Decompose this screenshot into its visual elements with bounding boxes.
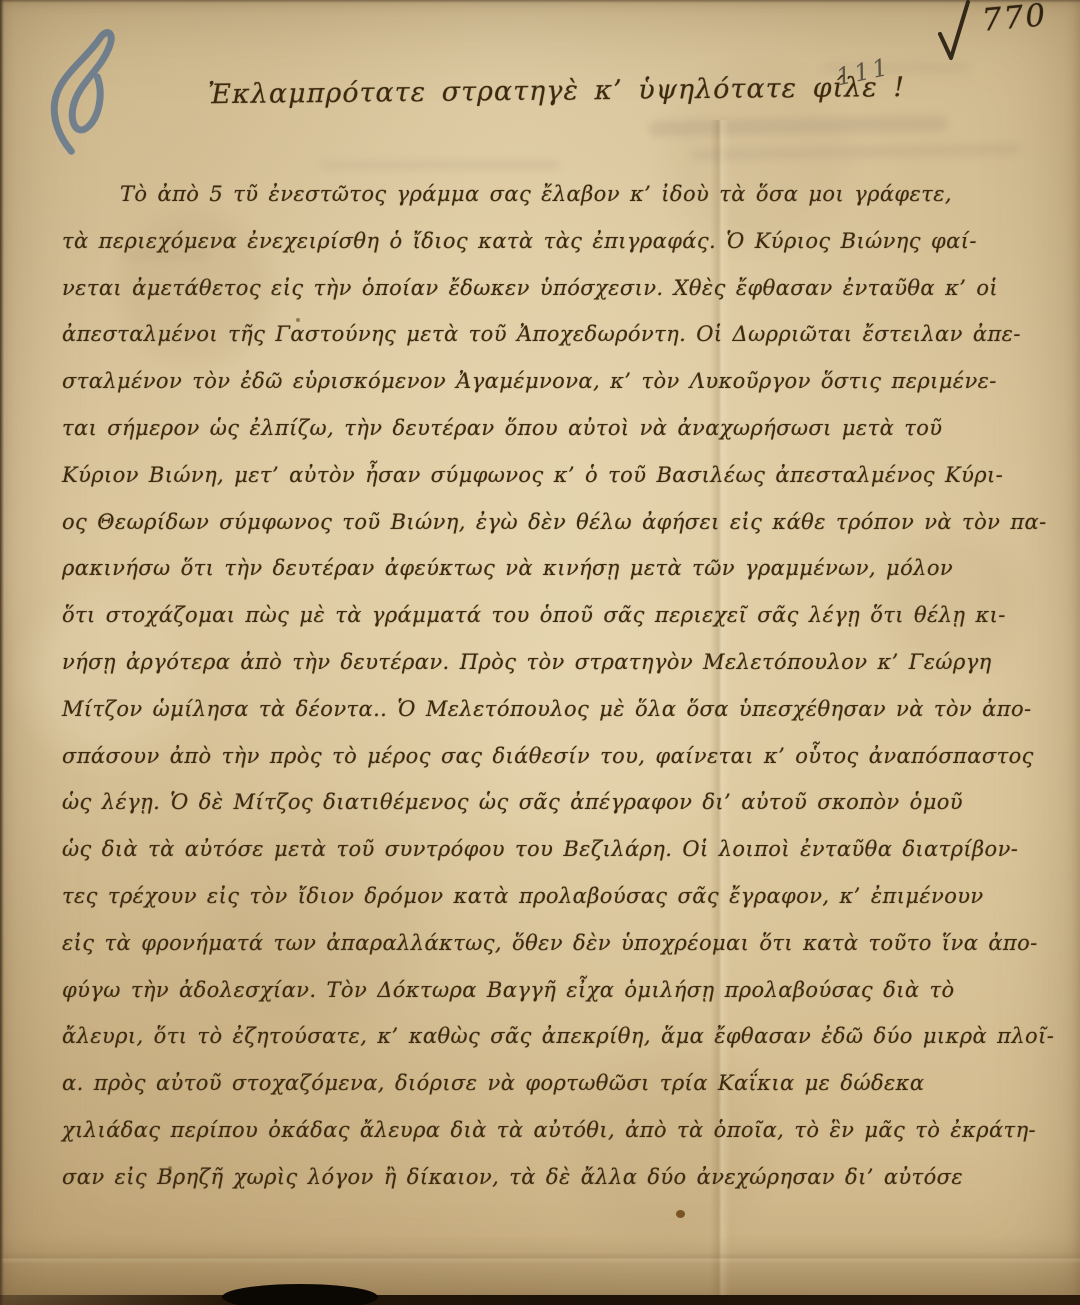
blue-pencil-flourish-icon [37, 24, 145, 169]
page-edge-bottom [0, 1295, 1080, 1305]
page-edge-top [0, 0, 1080, 3]
archive-number: 770 [981, 0, 1049, 39]
showthrough-smudge [648, 115, 948, 136]
manuscript-line: ος Θεωρίδων σύμφωνος τοῦ Βιώνη, ἐγὼ δὲν … [62, 510, 1057, 557]
ink-stain [676, 1210, 685, 1218]
manuscript-line: ἀπεσταλμένοι τῆς Γαστούνης μετὰ τοῦ Ἀποχ… [62, 322, 1057, 369]
manuscript-line: σπάσουν ἀπὸ τὴν πρὸς τὸ μέρος σας διάθεσ… [62, 744, 1057, 791]
scan-edge-blob [222, 1284, 378, 1305]
page-edge-left [0, 0, 4, 1305]
letter-body: Τὸ ἀπὸ 5 τῦ ἐνεστῶτος γράμμα σας ἔλαβον … [62, 182, 1057, 1212]
manuscript-line: εἰς τὰ φρονήματά των ἀπαραλλάκτως, ὅθεν … [62, 931, 1057, 978]
showthrough-smudge [690, 143, 1020, 161]
manuscript-line: τὰ περιεχόμενα ἐνεχειρίσθη ὁ ἴδιος κατὰ … [62, 229, 1057, 276]
manuscript-line: νεται ἀμετάθετος εἰς τὴν ὁποίαν ἔδωκεν ὑ… [62, 276, 1057, 323]
manuscript-line: ὡς διὰ τὰ αὐτόσε μετὰ τοῦ συντρόφου του … [62, 837, 1057, 884]
manuscript-line: Τὸ ἀπὸ 5 τῦ ἐνεστῶτος γράμμα σας ἔλαβον … [62, 182, 1057, 229]
manuscript-line: ται σήμερον ὡς ἐλπίζω, τὴν δευτέραν ὅπου… [62, 416, 1057, 463]
manuscript-line: χιλιάδας περίπου ὀκάδας ἄλευρα διὰ τὰ αὐ… [62, 1118, 1057, 1165]
manuscript-line: ὅτι στοχάζομαι πὼς μὲ τὰ γράμματά του ὁπ… [62, 603, 1057, 650]
manuscript-line: σαν εἰς Βρηζῆ χωρὶς λόγον ἢ δίκαιον, τὰ … [62, 1165, 1057, 1212]
manuscript-line: τες τρέχουν εἰς τὸν ἴδιον δρόμον κατὰ πρ… [62, 884, 1057, 931]
ink-stain [168, 1166, 172, 1170]
manuscript-line: Κύριον Βιώνη, μετ’ αὐτὸν ἦσαν σύμφωνος κ… [62, 463, 1057, 510]
manuscript-page: 770 111 Ἐκλαμπρότατε στρατηγὲ κ’ ὑψηλότα… [0, 0, 1080, 1305]
manuscript-line: σταλμένον τὸν ἐδῶ εὑρισκόμενον Ἀγαμέμνον… [62, 369, 1057, 416]
manuscript-line: Μίτζον ὡμίλησα τὰ δέοντα.. Ὁ Μελετόπουλο… [62, 697, 1057, 744]
manuscript-line: νήσῃ ἀργότερα ἀπὸ τὴν δευτέραν. Πρὸς τὸν… [62, 650, 1057, 697]
letter-salutation: Ἐκλαμπρότατε στρατηγὲ κ’ ὑψηλότατε φίλε … [208, 73, 828, 110]
ink-stain [296, 318, 300, 322]
manuscript-line: ἄλευρι, ὅτι τὸ ἐζητούσατε, κ’ καθὼς σᾶς … [62, 1024, 1057, 1071]
manuscript-line: φύγω τὴν ἀδολεσχίαν. Τὸν Δόκτωρα Βαγγῆ ε… [62, 978, 1057, 1025]
checkmark-icon [932, 0, 982, 70]
showthrough-smudge [320, 160, 560, 170]
manuscript-line: ὡς λέγῃ. Ὁ δὲ Μίτζος διατιθέμενος ὡς σᾶς… [62, 790, 1057, 837]
manuscript-line: ρακινήσω ὅτι τὴν δευτέραν ἀφεύκτως νὰ κι… [62, 556, 1057, 603]
manuscript-line: α. πρὸς αὐτοῦ στοχαζόμενα, διόρισε νὰ φο… [62, 1071, 1057, 1118]
